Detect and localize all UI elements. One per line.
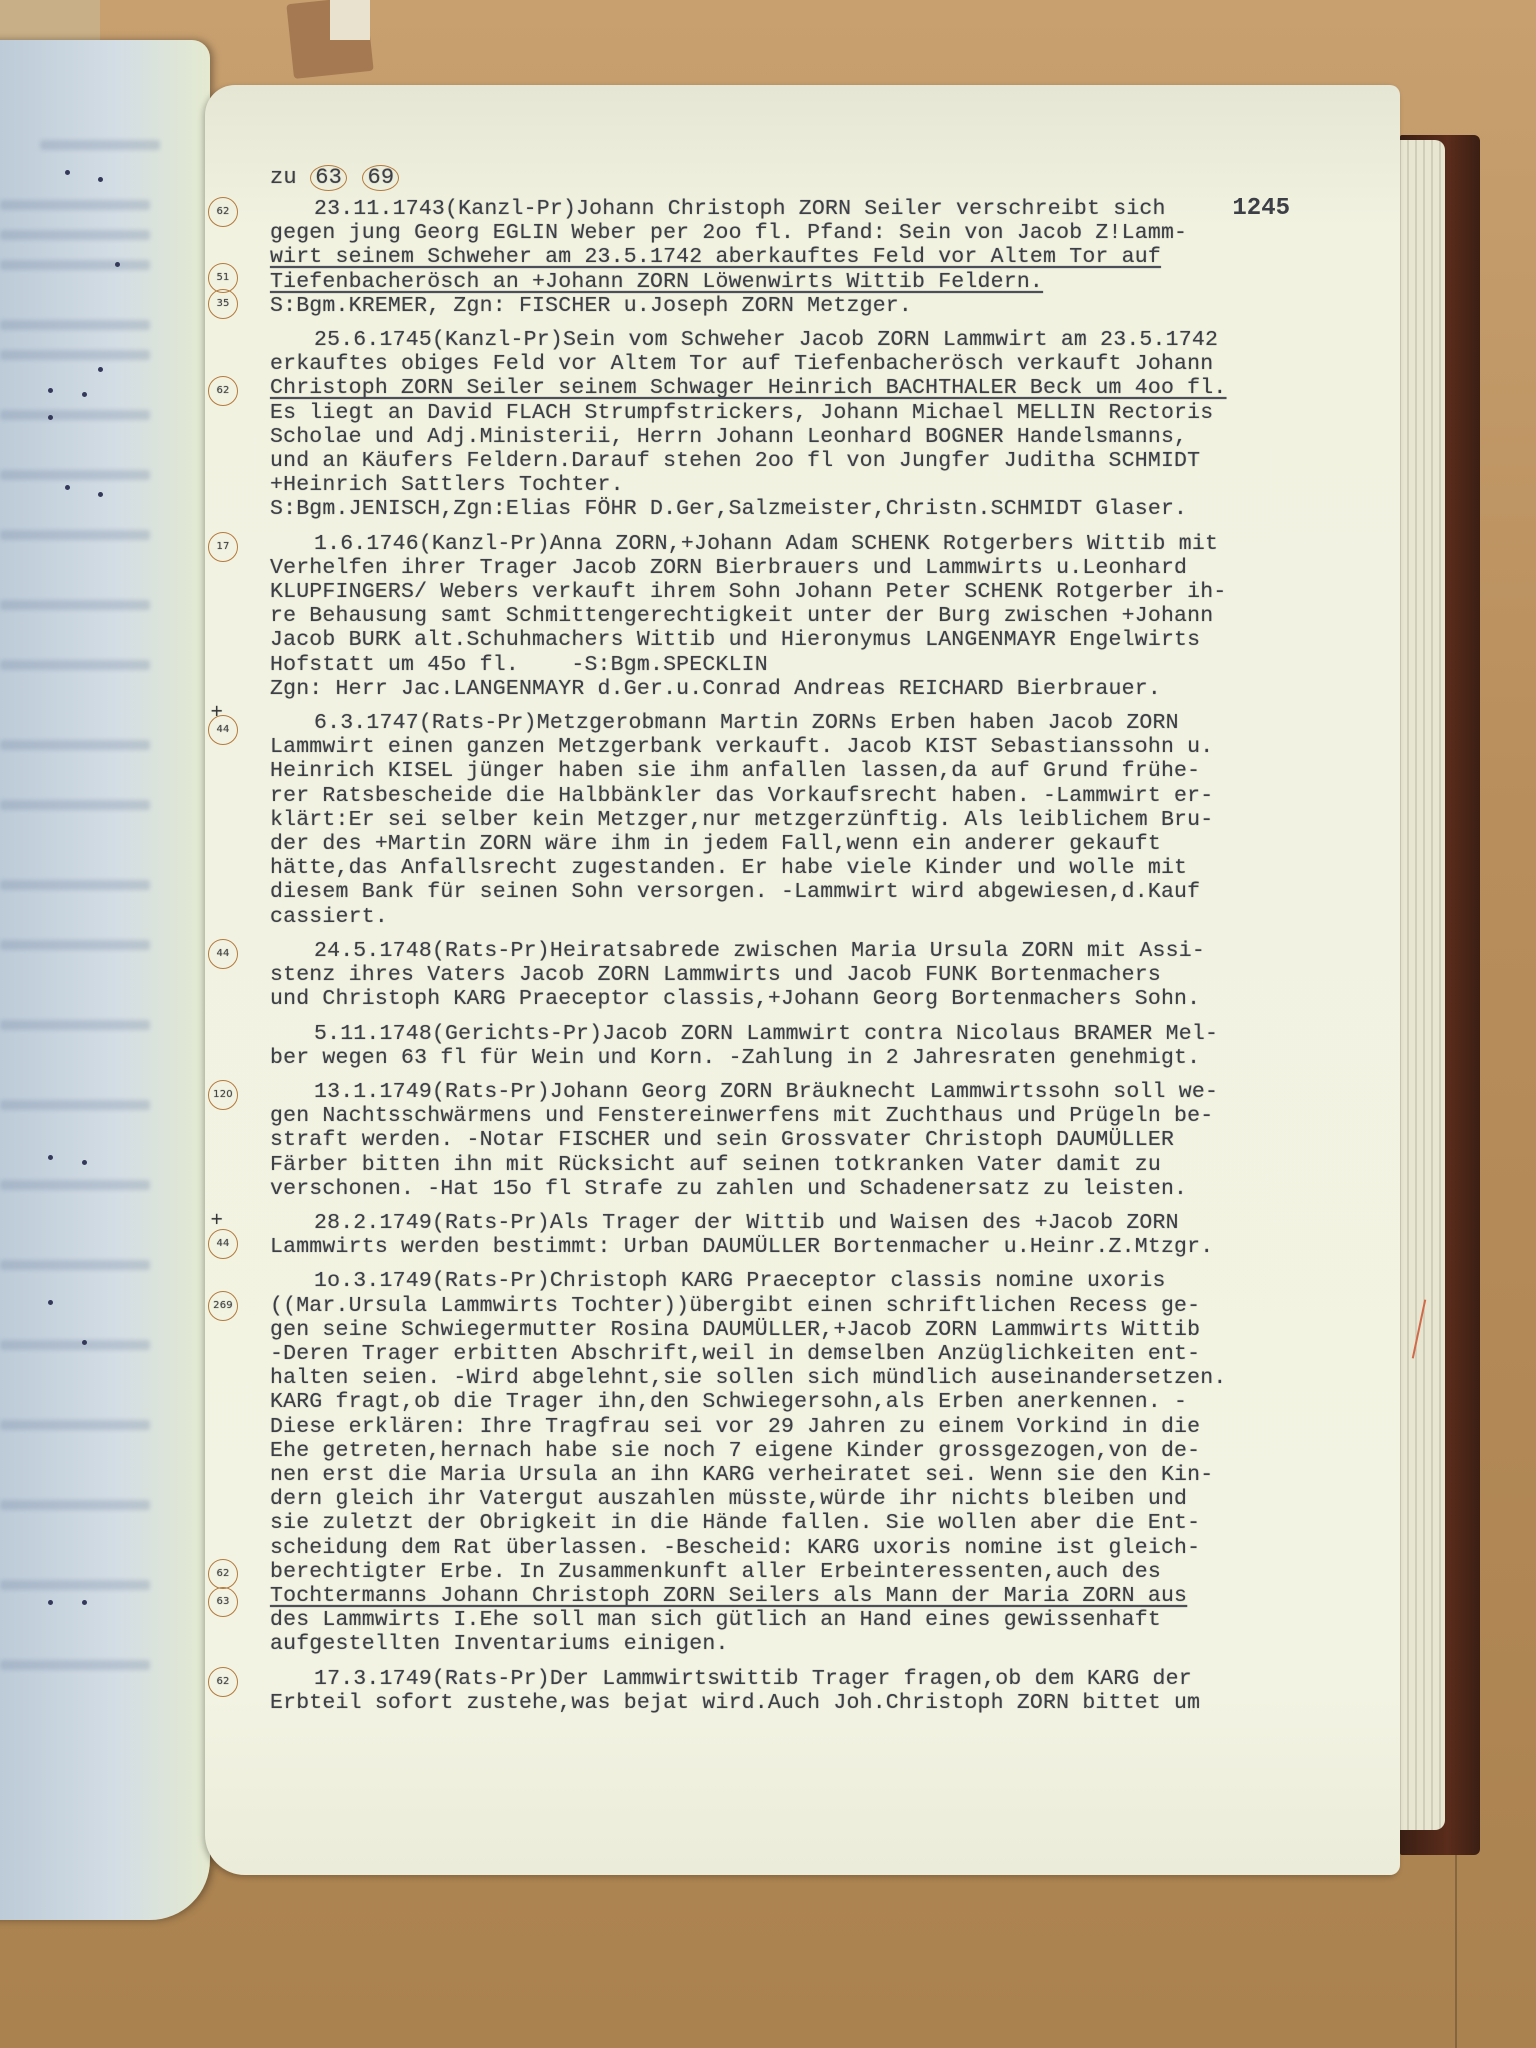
register-entry: 120 13.1.1749(Rats-Pr)Johann Georg ZORN … (270, 1080, 1380, 1201)
entry-line: 6.3.1747(Rats-Pr)Metzgerobmann Martin ZO… (270, 711, 1380, 735)
entry-line: verschonen. -Hat 15o fl Strafe zu zahlen… (270, 1177, 1380, 1201)
register-entry: 17 1.6.1746(Kanzl-Pr)Anna ZORN,+Johann A… (270, 532, 1380, 701)
entry-line: Erbteil sofort zustehe,was bejat wird.Au… (270, 1691, 1380, 1715)
entry-line: des Lammwirts I.Ehe soll man sich gütlic… (270, 1608, 1380, 1632)
entry-line: 25.6.1745(Kanzl-Pr)Sein vom Schweher Jac… (270, 328, 1380, 352)
margin-circle-note: 62 (208, 376, 238, 406)
margin-circle-note: 63 (208, 1587, 238, 1617)
entry-line: Verhelfen ihrer Trager Jacob ZORN Bierbr… (270, 556, 1380, 580)
margin-circle-note: 269 (208, 1291, 238, 1321)
margin-circle-note: 62 (208, 1559, 238, 1589)
entry-line: ber wegen 63 fl für Wein und Korn. -Zahl… (270, 1046, 1380, 1070)
margin-circle-note: 44 (208, 1229, 238, 1259)
entry-line: Christoph ZORN Seiler seinem Schwager He… (270, 376, 1380, 400)
margin-circle-note: 17 (208, 532, 238, 562)
register-entry: 5.11.1748(Gerichts-Pr)Jacob ZORN Lammwir… (270, 1022, 1380, 1070)
margin-circle-note: 120 (208, 1080, 238, 1110)
entry-line: Ehe getreten,hernach habe sie noch 7 eig… (270, 1439, 1380, 1463)
entry-line: Färber bitten ihn mit Rücksicht auf sein… (270, 1153, 1380, 1177)
entry-line: scheidung dem Rat überlassen. -Bescheid:… (270, 1536, 1380, 1560)
entry-line: 5.11.1748(Gerichts-Pr)Jacob ZORN Lammwir… (270, 1022, 1380, 1046)
entry-line: re Behausung samt Schmittengerechtigkeit… (270, 604, 1380, 628)
reference-line: zu 63 69 (270, 165, 1380, 197)
entry-line: Hofstatt um 45o fl. -S:Bgm.SPECKLIN (270, 653, 1380, 677)
margin-circle-note: 44 (208, 939, 238, 969)
entry-line: 23.11.1743(Kanzl-Pr)Johann Christoph ZOR… (270, 197, 1380, 221)
entry-line: gen seine Schwiegermutter Rosina DAUMÜLL… (270, 1318, 1380, 1342)
entry-line: hätte,das Anfallsrecht zugestanden. Er h… (270, 856, 1380, 880)
page-text: zu 63 69 62 51 35 23.11.1743(Kanzl-Pr)Jo… (270, 165, 1380, 1725)
reference-number: 63 (310, 165, 347, 191)
entry-line: +Heinrich Sattlers Tochter. (270, 473, 1380, 497)
entry-line: gen Nachtsschwärmens und Fenstereinwerfe… (270, 1104, 1380, 1128)
right-page: 1245 zu 63 69 62 51 35 23.11.1743(Kanzl-… (205, 85, 1400, 1875)
register-entry: + 44 6.3.1747(Rats-Pr)Metzgerobmann Mart… (270, 711, 1380, 929)
entry-line: dern gleich ihr Vatergut auszahlen müsst… (270, 1487, 1380, 1511)
entry-line: Tochtermanns Johann Christoph ZORN Seile… (270, 1584, 1380, 1608)
entry-line: Scholae und Adj.Ministerii, Herrn Johann… (270, 425, 1380, 449)
entry-line: 24.5.1748(Rats-Pr)Heiratsabrede zwischen… (270, 939, 1380, 963)
margin-circle-note: 35 (208, 289, 238, 319)
entry-line: der des +Martin ZORN wäre ihm in jedem F… (270, 832, 1380, 856)
entry-line: straft werden. -Notar FISCHER und sein G… (270, 1128, 1380, 1152)
entry-line: klärt:Er sei selber kein Metzger,nur met… (270, 808, 1380, 832)
margin-circle-note: 62 (208, 1667, 238, 1697)
entry-line: 17.3.1749(Rats-Pr)Der Lammwirtswittib Tr… (270, 1667, 1380, 1691)
entry-line: gegen jung Georg EGLIN Weber per 2oo fl.… (270, 221, 1380, 245)
entry-line: sie zuletzt der Obrigkeit in die Hände f… (270, 1511, 1380, 1535)
register-entry: 62 51 35 23.11.1743(Kanzl-Pr)Johann Chri… (270, 197, 1380, 318)
left-page (0, 40, 210, 1920)
entry-line: erkauftes obiges Feld vor Altem Tor auf … (270, 352, 1380, 376)
entry-line: stenz ihres Vaters Jacob ZORN Lammwirts … (270, 963, 1380, 987)
reference-prefix: zu (270, 165, 297, 190)
entry-line: 1o.3.1749(Rats-Pr)Christoph KARG Praecep… (270, 1269, 1380, 1293)
entry-line: S:Bgm.KREMER, Zgn: FISCHER u.Joseph ZORN… (270, 294, 1380, 318)
entry-line: aufgestellten Inventariums einigen. (270, 1632, 1380, 1656)
entry-line: Lammwirt einen ganzen Metzgerbank verkau… (270, 735, 1380, 759)
register-entry: 62 25.6.1745(Kanzl-Pr)Sein vom Schweher … (270, 328, 1380, 522)
register-entry: 44 24.5.1748(Rats-Pr)Heiratsabrede zwisc… (270, 939, 1380, 1012)
entry-line: und an Käufers Feldern.Darauf stehen 2oo… (270, 449, 1380, 473)
margin-circle-note: 62 (208, 197, 238, 227)
entry-line: -Deren Trager erbitten Abschrift,weil in… (270, 1342, 1380, 1366)
entry-line: nen erst die Maria Ursula an ihn KARG ve… (270, 1463, 1380, 1487)
reference-number: 69 (362, 165, 399, 191)
bookmark-paper (330, 0, 370, 40)
entry-line: ((Mar.Ursula Lammwirts Tochter))übergibt… (270, 1294, 1380, 1318)
cross-icon: + (210, 1207, 224, 1231)
entry-line: cassiert. (270, 905, 1380, 929)
entry-line: S:Bgm.JENISCH,Zgn:Elias FÖHR D.Ger,Salzm… (270, 497, 1380, 521)
register-entry: + 44 28.2.1749(Rats-Pr)Als Trager der Wi… (270, 1211, 1380, 1259)
entry-line: Es liegt an David FLACH Strumpfstrickers… (270, 401, 1380, 425)
entry-line: Zgn: Herr Jac.LANGENMAYR d.Ger.u.Conrad … (270, 677, 1380, 701)
entry-line: Diese erklären: Ihre Tragfrau sei vor 29… (270, 1415, 1380, 1439)
entry-line: 13.1.1749(Rats-Pr)Johann Georg ZORN Bräu… (270, 1080, 1380, 1104)
entry-line: 28.2.1749(Rats-Pr)Als Trager der Wittib … (270, 1211, 1380, 1235)
margin-circle-note: 44 (208, 715, 238, 745)
entry-line: 1.6.1746(Kanzl-Pr)Anna ZORN,+Johann Adam… (270, 532, 1380, 556)
entry-line: Lammwirts werden bestimmt: Urban DAUMÜLL… (270, 1235, 1380, 1259)
entry-line: halten seien. -Wird abgelehnt,sie sollen… (270, 1366, 1380, 1390)
entry-line: und Christoph KARG Praeceptor classis,+J… (270, 987, 1380, 1011)
entry-line: KARG fragt,ob die Trager ihn,den Schwieg… (270, 1390, 1380, 1414)
entry-line: Heinrich KISEL jünger haben sie ihm anfa… (270, 759, 1380, 783)
register-entry: 62 17.3.1749(Rats-Pr)Der Lammwirtswittib… (270, 1667, 1380, 1715)
entry-line: rer Ratsbescheide die Halbbänkler das Vo… (270, 784, 1380, 808)
entry-line: berechtigter Erbe. In Zusammenkunft alle… (270, 1560, 1380, 1584)
entry-line: wirt seinem Schweher am 23.5.1742 aberka… (270, 245, 1380, 269)
register-entry: 269 62 63 1o.3.1749(Rats-Pr)Christoph KA… (270, 1269, 1380, 1656)
entry-line: diesem Bank für seinen Sohn versorgen. -… (270, 880, 1380, 904)
entry-line: Jacob BURK alt.Schuhmachers Wittib und H… (270, 628, 1380, 652)
entry-line: KLUPFINGERS/ Webers verkauft ihrem Sohn … (270, 580, 1380, 604)
entry-line: Tiefenbacherösch an +Johann ZORN Löwenwi… (270, 270, 1380, 294)
